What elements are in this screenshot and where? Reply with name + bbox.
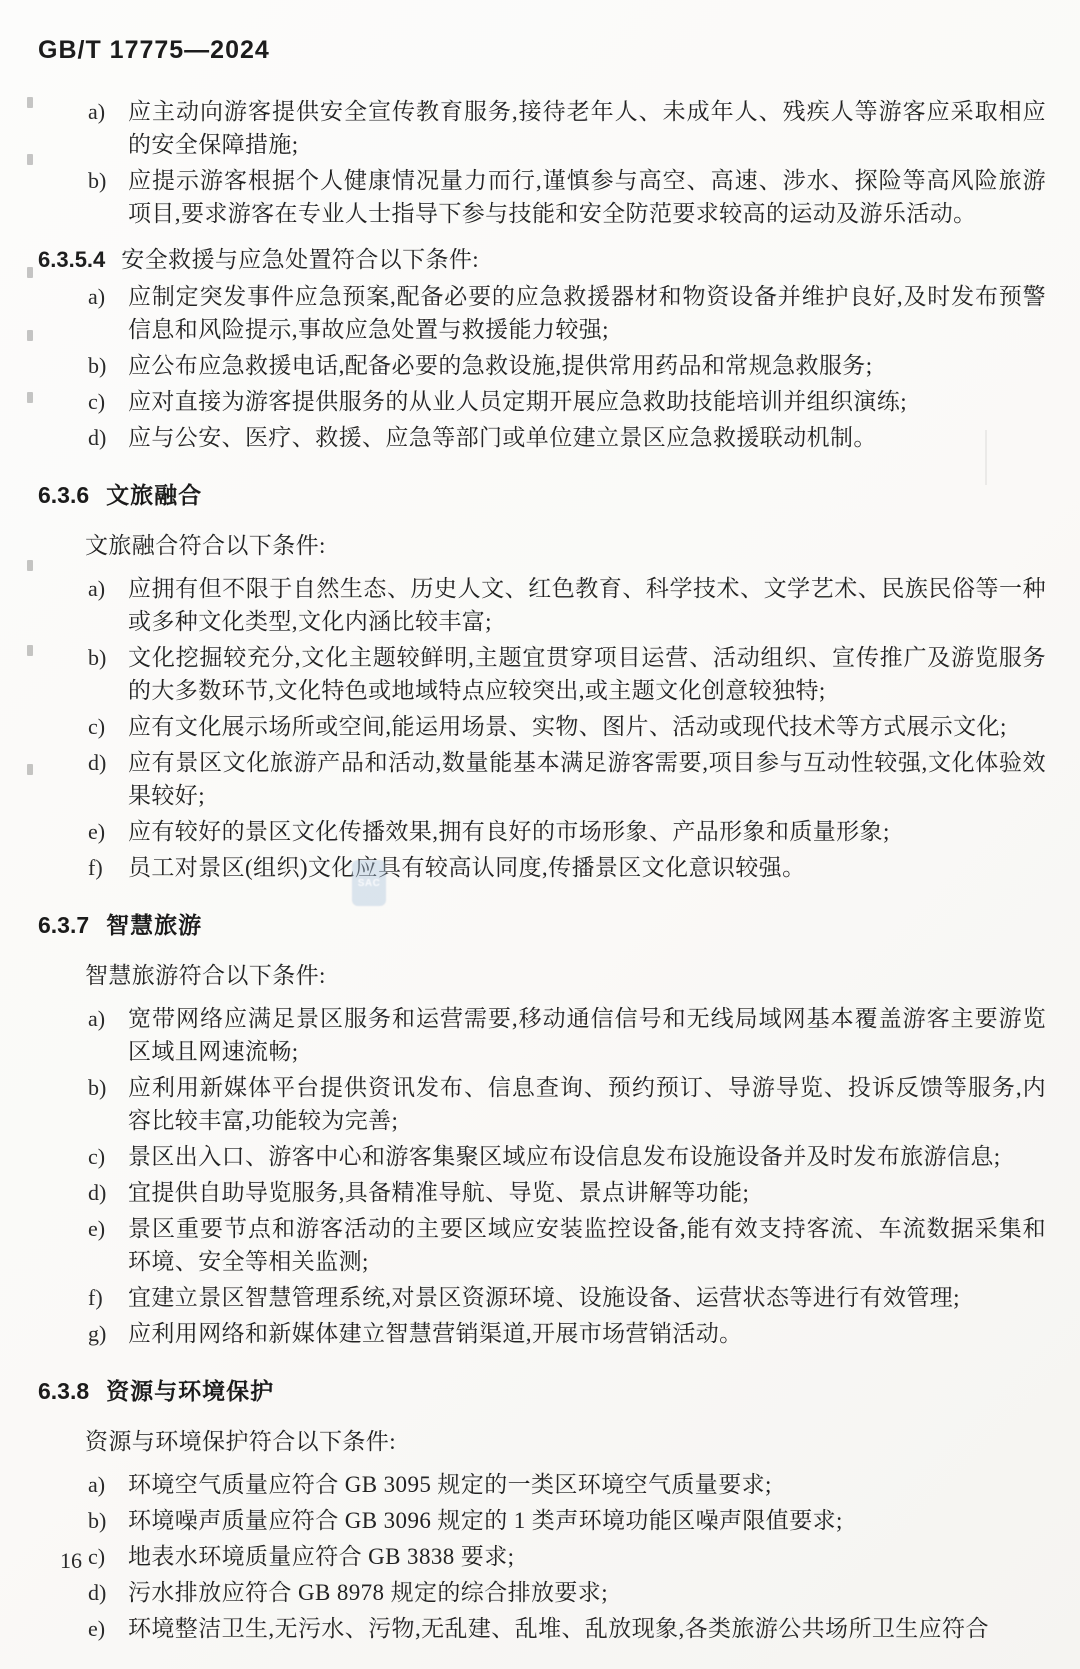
list-item: b) 环境噪声质量应符合 GB 3096 规定的 1 类声环境功能区噪声限值要求…	[38, 1504, 1046, 1537]
clause-heading: 6.3.5.4 安全救援与应急处置符合以下条件:	[38, 243, 1046, 276]
section-number: 6.3.8	[38, 1374, 89, 1408]
item-text: 应有景区文化旅游产品和活动,数量能基本满足游客需要,项目参与互动性较强,文化体验…	[128, 746, 1046, 812]
scan-artifact	[27, 764, 33, 775]
list-item: g) 应利用网络和新媒体建立智慧营销渠道,开展市场营销活动。	[38, 1317, 1046, 1350]
doc-standard-number: GB/T 17775—2024	[38, 36, 1046, 65]
item-text: 宽带网络应满足景区服务和运营需要,移动通信信号和无线局域网基本覆盖游客主要游览区…	[128, 1002, 1046, 1068]
item-label: d)	[88, 746, 128, 812]
list-item: d) 宜提供自助导览服务,具备精准导航、导览、景点讲解等功能;	[38, 1176, 1046, 1209]
list-item: a) 应主动向游客提供安全宣传教育服务,接待老年人、未成年人、残疾人等游客应采取…	[38, 95, 1046, 161]
item-label: b)	[88, 1504, 128, 1537]
item-text: 应利用网络和新媒体建立智慧营销渠道,开展市场营销活动。	[128, 1317, 1046, 1350]
item-text: 员工对景区(组织)文化应具有较高认同度,传播景区文化意识较强。	[128, 851, 1046, 884]
list-item: b) 应提示游客根据个人健康情况量力而行,谨慎参与高空、高速、涉水、探险等高风险…	[38, 164, 1046, 230]
page-content: a) 应主动向游客提供安全宣传教育服务,接待老年人、未成年人、残疾人等游客应采取…	[38, 95, 1046, 1645]
section-intro: 智慧旅游符合以下条件:	[38, 959, 1046, 992]
scan-artifact	[27, 560, 33, 571]
item-label: c)	[88, 710, 128, 743]
item-text: 文化挖掘较充分,文化主题较鲜明,主题宜贯穿项目运营、活动组织、宣传推广及游览服务…	[128, 641, 1046, 707]
item-text: 应公布应急救援电话,配备必要的急救设施,提供常用药品和常规急救服务;	[128, 349, 1046, 382]
item-label: d)	[88, 1576, 128, 1609]
document-page: GB/T 17775—2024 a) 应主动向游客提供安全宣传教育服务,接待老年…	[0, 0, 1080, 1669]
list-item: b) 应公布应急救援电话,配备必要的急救设施,提供常用药品和常规急救服务;	[38, 349, 1046, 382]
list-item: c) 应有文化展示场所或空间,能运用场景、实物、图片、活动或现代技术等方式展示文…	[38, 710, 1046, 743]
section-title: 资源与环境保护	[106, 1374, 274, 1408]
item-label: e)	[88, 815, 128, 848]
item-text: 应有较好的景区文化传播效果,拥有良好的市场形象、产品形象和质量形象;	[128, 815, 1046, 848]
section-number: 6.3.7	[38, 908, 89, 942]
item-label: f)	[88, 1281, 128, 1314]
list-item: e) 环境整洁卫生,无污水、污物,无乱建、乱堆、乱放现象,各类旅游公共场所卫生应…	[38, 1612, 1046, 1645]
scan-artifact	[27, 645, 33, 656]
item-label: c)	[88, 1140, 128, 1173]
item-label: b)	[88, 349, 128, 382]
list-item: d) 应有景区文化旅游产品和活动,数量能基本满足游客需要,项目参与互动性较强,文…	[38, 746, 1046, 812]
item-label: c)	[88, 1540, 128, 1573]
item-text: 污水排放应符合 GB 8978 规定的综合排放要求;	[128, 1576, 1046, 1609]
item-text: 宜建立景区智慧管理系统,对景区资源环境、设施设备、运营状态等进行有效管理;	[128, 1281, 1046, 1314]
item-text: 景区出入口、游客中心和游客集聚区域应布设信息发布设施设备并及时发布旅游信息;	[128, 1140, 1046, 1173]
list-item: a) 应制定突发事件应急预案,配备必要的应急救援器材和物资设备并维护良好,及时发…	[38, 280, 1046, 346]
scan-artifact	[27, 267, 33, 278]
item-text: 应提示游客根据个人健康情况量力而行,谨慎参与高空、高速、涉水、探险等高风险旅游项…	[128, 164, 1046, 230]
section-heading: 6.3.7 智慧旅游	[38, 908, 1046, 942]
scan-artifact	[27, 154, 33, 165]
item-text: 应利用新媒体平台提供资讯发布、信息查询、预约预订、导游导览、投诉反馈等服务,内容…	[128, 1071, 1046, 1137]
sac-watermark-stamp: SAC	[352, 860, 386, 906]
section-heading: 6.3.8 资源与环境保护	[38, 1374, 1046, 1408]
item-label: a)	[88, 280, 128, 346]
item-label: b)	[88, 164, 128, 230]
scan-artifact	[27, 97, 33, 108]
list-item: e) 景区重要节点和游客活动的主要区域应安装监控设备,能有效支持客流、车流数据采…	[38, 1212, 1046, 1278]
item-text: 应制定突发事件应急预案,配备必要的应急救援器材和物资设备并维护良好,及时发布预警…	[128, 280, 1046, 346]
list-item: f) 员工对景区(组织)文化应具有较高认同度,传播景区文化意识较强。	[38, 851, 1046, 884]
section-number: 6.3.6	[38, 478, 89, 512]
list-item: e) 应有较好的景区文化传播效果,拥有良好的市场形象、产品形象和质量形象;	[38, 815, 1046, 848]
item-text: 环境整洁卫生,无污水、污物,无乱建、乱堆、乱放现象,各类旅游公共场所卫生应符合	[128, 1612, 1046, 1645]
list-item: b) 应利用新媒体平台提供资讯发布、信息查询、预约预订、导游导览、投诉反馈等服务…	[38, 1071, 1046, 1137]
list-item: f) 宜建立景区智慧管理系统,对景区资源环境、设施设备、运营状态等进行有效管理;	[38, 1281, 1046, 1314]
page-number: 16	[60, 1548, 82, 1574]
section-intro: 文旅融合符合以下条件:	[38, 529, 1046, 562]
clause-title: 安全救援与应急处置符合以下条件:	[121, 243, 479, 276]
section-title: 智慧旅游	[106, 908, 202, 942]
list-item: c) 应对直接为游客提供服务的从业人员定期开展应急救助技能培训并组织演练;	[38, 385, 1046, 418]
item-label: d)	[88, 421, 128, 454]
item-label: a)	[88, 1002, 128, 1068]
list-item: a) 宽带网络应满足景区服务和运营需要,移动通信信号和无线局域网基本覆盖游客主要…	[38, 1002, 1046, 1068]
list-item: d) 污水排放应符合 GB 8978 规定的综合排放要求;	[38, 1576, 1046, 1609]
sac-watermark-label: SAC	[358, 878, 381, 889]
scan-artifact	[985, 430, 987, 485]
item-text: 应主动向游客提供安全宣传教育服务,接待老年人、未成年人、残疾人等游客应采取相应的…	[128, 95, 1046, 161]
item-label: g)	[88, 1317, 128, 1350]
item-text: 宜提供自助导览服务,具备精准导航、导览、景点讲解等功能;	[128, 1176, 1046, 1209]
item-label: e)	[88, 1212, 128, 1278]
item-text: 环境噪声质量应符合 GB 3096 规定的 1 类声环境功能区噪声限值要求;	[128, 1504, 1046, 1537]
list-item: a) 环境空气质量应符合 GB 3095 规定的一类区环境空气质量要求;	[38, 1468, 1046, 1501]
item-label: a)	[88, 1468, 128, 1501]
item-label: d)	[88, 1176, 128, 1209]
section-title: 文旅融合	[106, 478, 202, 512]
list-item: a) 应拥有但不限于自然生态、历史人文、红色教育、科学技术、文学艺术、民族民俗等…	[38, 572, 1046, 638]
scan-artifact	[27, 392, 33, 403]
list-item: c) 景区出入口、游客中心和游客集聚区域应布设信息发布设施设备并及时发布旅游信息…	[38, 1140, 1046, 1173]
list-item: b) 文化挖掘较充分,文化主题较鲜明,主题宜贯穿项目运营、活动组织、宣传推广及游…	[38, 641, 1046, 707]
item-label: b)	[88, 641, 128, 707]
item-text: 环境空气质量应符合 GB 3095 规定的一类区环境空气质量要求;	[128, 1468, 1046, 1501]
item-label: a)	[88, 572, 128, 638]
item-label: e)	[88, 1612, 128, 1645]
item-text: 地表水环境质量应符合 GB 3838 要求;	[128, 1540, 1046, 1573]
section-intro: 资源与环境保护符合以下条件:	[38, 1425, 1046, 1458]
list-item: d) 应与公安、医疗、救援、应急等部门或单位建立景区应急救援联动机制。	[38, 421, 1046, 454]
item-label: b)	[88, 1071, 128, 1137]
list-item: c) 地表水环境质量应符合 GB 3838 要求;	[38, 1540, 1046, 1573]
item-label: c)	[88, 385, 128, 418]
section-heading: 6.3.6 文旅融合	[38, 478, 1046, 512]
item-label: a)	[88, 95, 128, 161]
item-text: 应与公安、医疗、救援、应急等部门或单位建立景区应急救援联动机制。	[128, 421, 1046, 454]
clause-number: 6.3.5.4	[38, 243, 105, 276]
scan-artifact	[27, 330, 33, 341]
item-label: f)	[88, 851, 128, 884]
item-text: 景区重要节点和游客活动的主要区域应安装监控设备,能有效支持客流、车流数据采集和环…	[128, 1212, 1046, 1278]
item-text: 应拥有但不限于自然生态、历史人文、红色教育、科学技术、文学艺术、民族民俗等一种或…	[128, 572, 1046, 638]
item-text: 应对直接为游客提供服务的从业人员定期开展应急救助技能培训并组织演练;	[128, 385, 1046, 418]
item-text: 应有文化展示场所或空间,能运用场景、实物、图片、活动或现代技术等方式展示文化;	[128, 710, 1046, 743]
